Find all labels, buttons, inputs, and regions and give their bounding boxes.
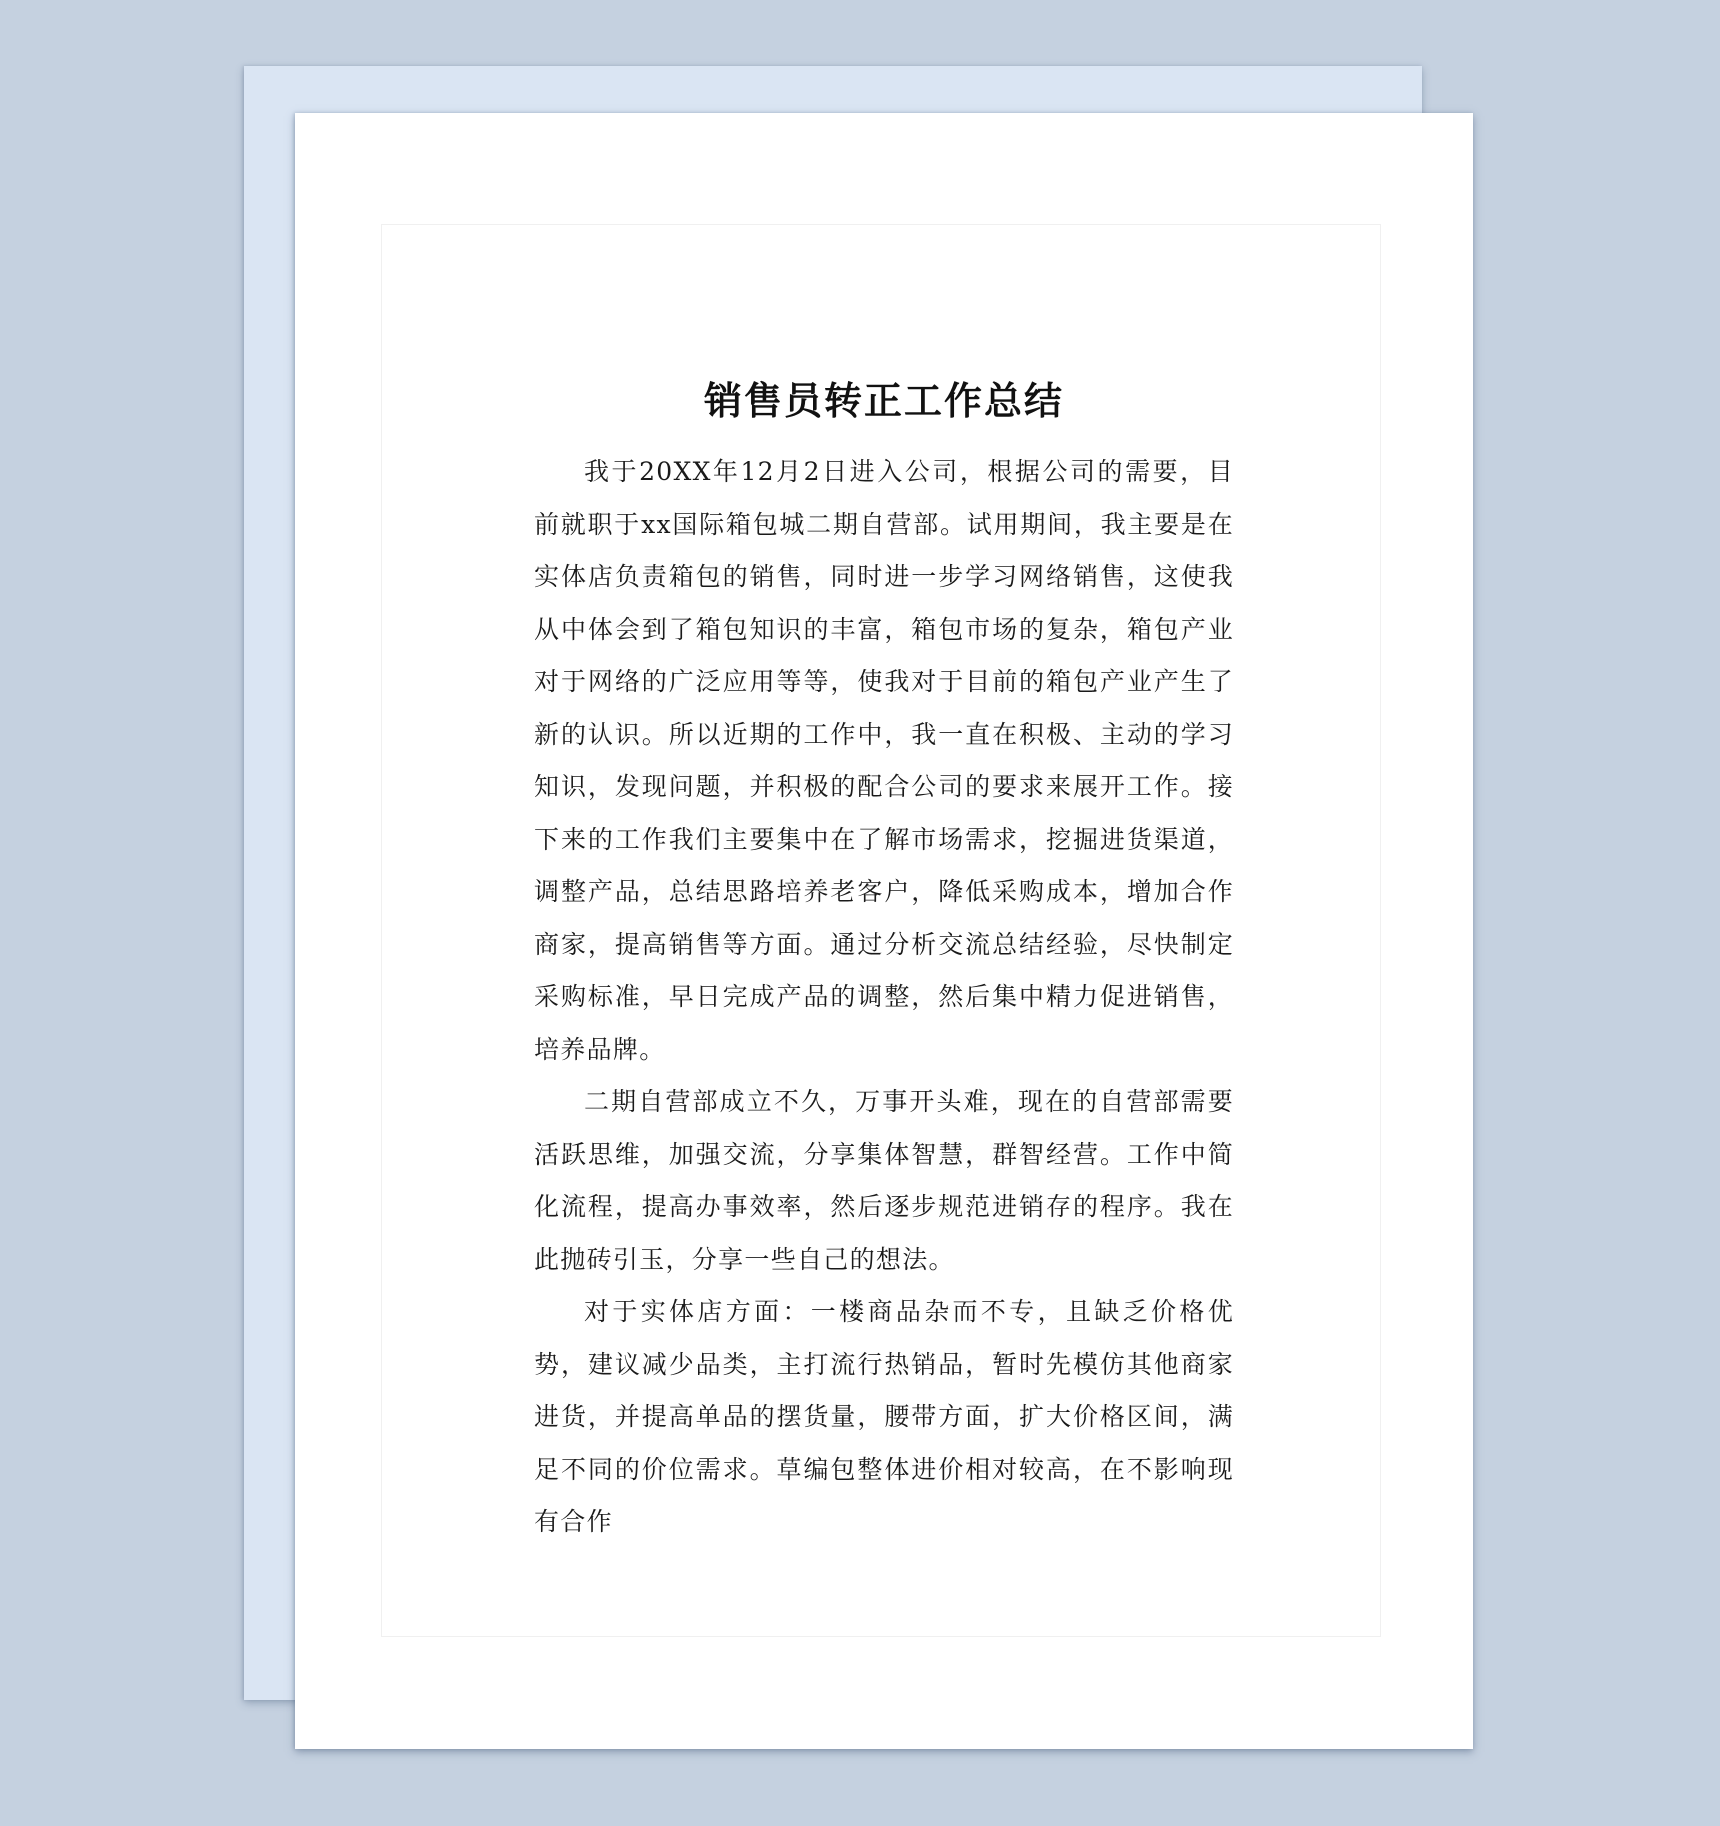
- paragraph-1: 我于20XX年12月2日进入公司，根据公司的需要，目前就职于xx国际箱包城二期自…: [534, 446, 1234, 1076]
- paragraph-2: 二期自营部成立不久，万事开头难，现在的自营部需要活跃思维，加强交流，分享集体智慧…: [534, 1076, 1234, 1286]
- paragraph-3: 对于实体店方面：一楼商品杂而不专，且缺乏价格优势，建议减少品类，主打流行热销品，…: [534, 1286, 1234, 1549]
- document-body: 我于20XX年12月2日进入公司，根据公司的需要，目前就职于xx国际箱包城二期自…: [534, 446, 1234, 1549]
- document-title: 销售员转正工作总结: [295, 375, 1473, 427]
- document-page: 销售员转正工作总结 我于20XX年12月2日进入公司，根据公司的需要，目前就职于…: [295, 113, 1473, 1749]
